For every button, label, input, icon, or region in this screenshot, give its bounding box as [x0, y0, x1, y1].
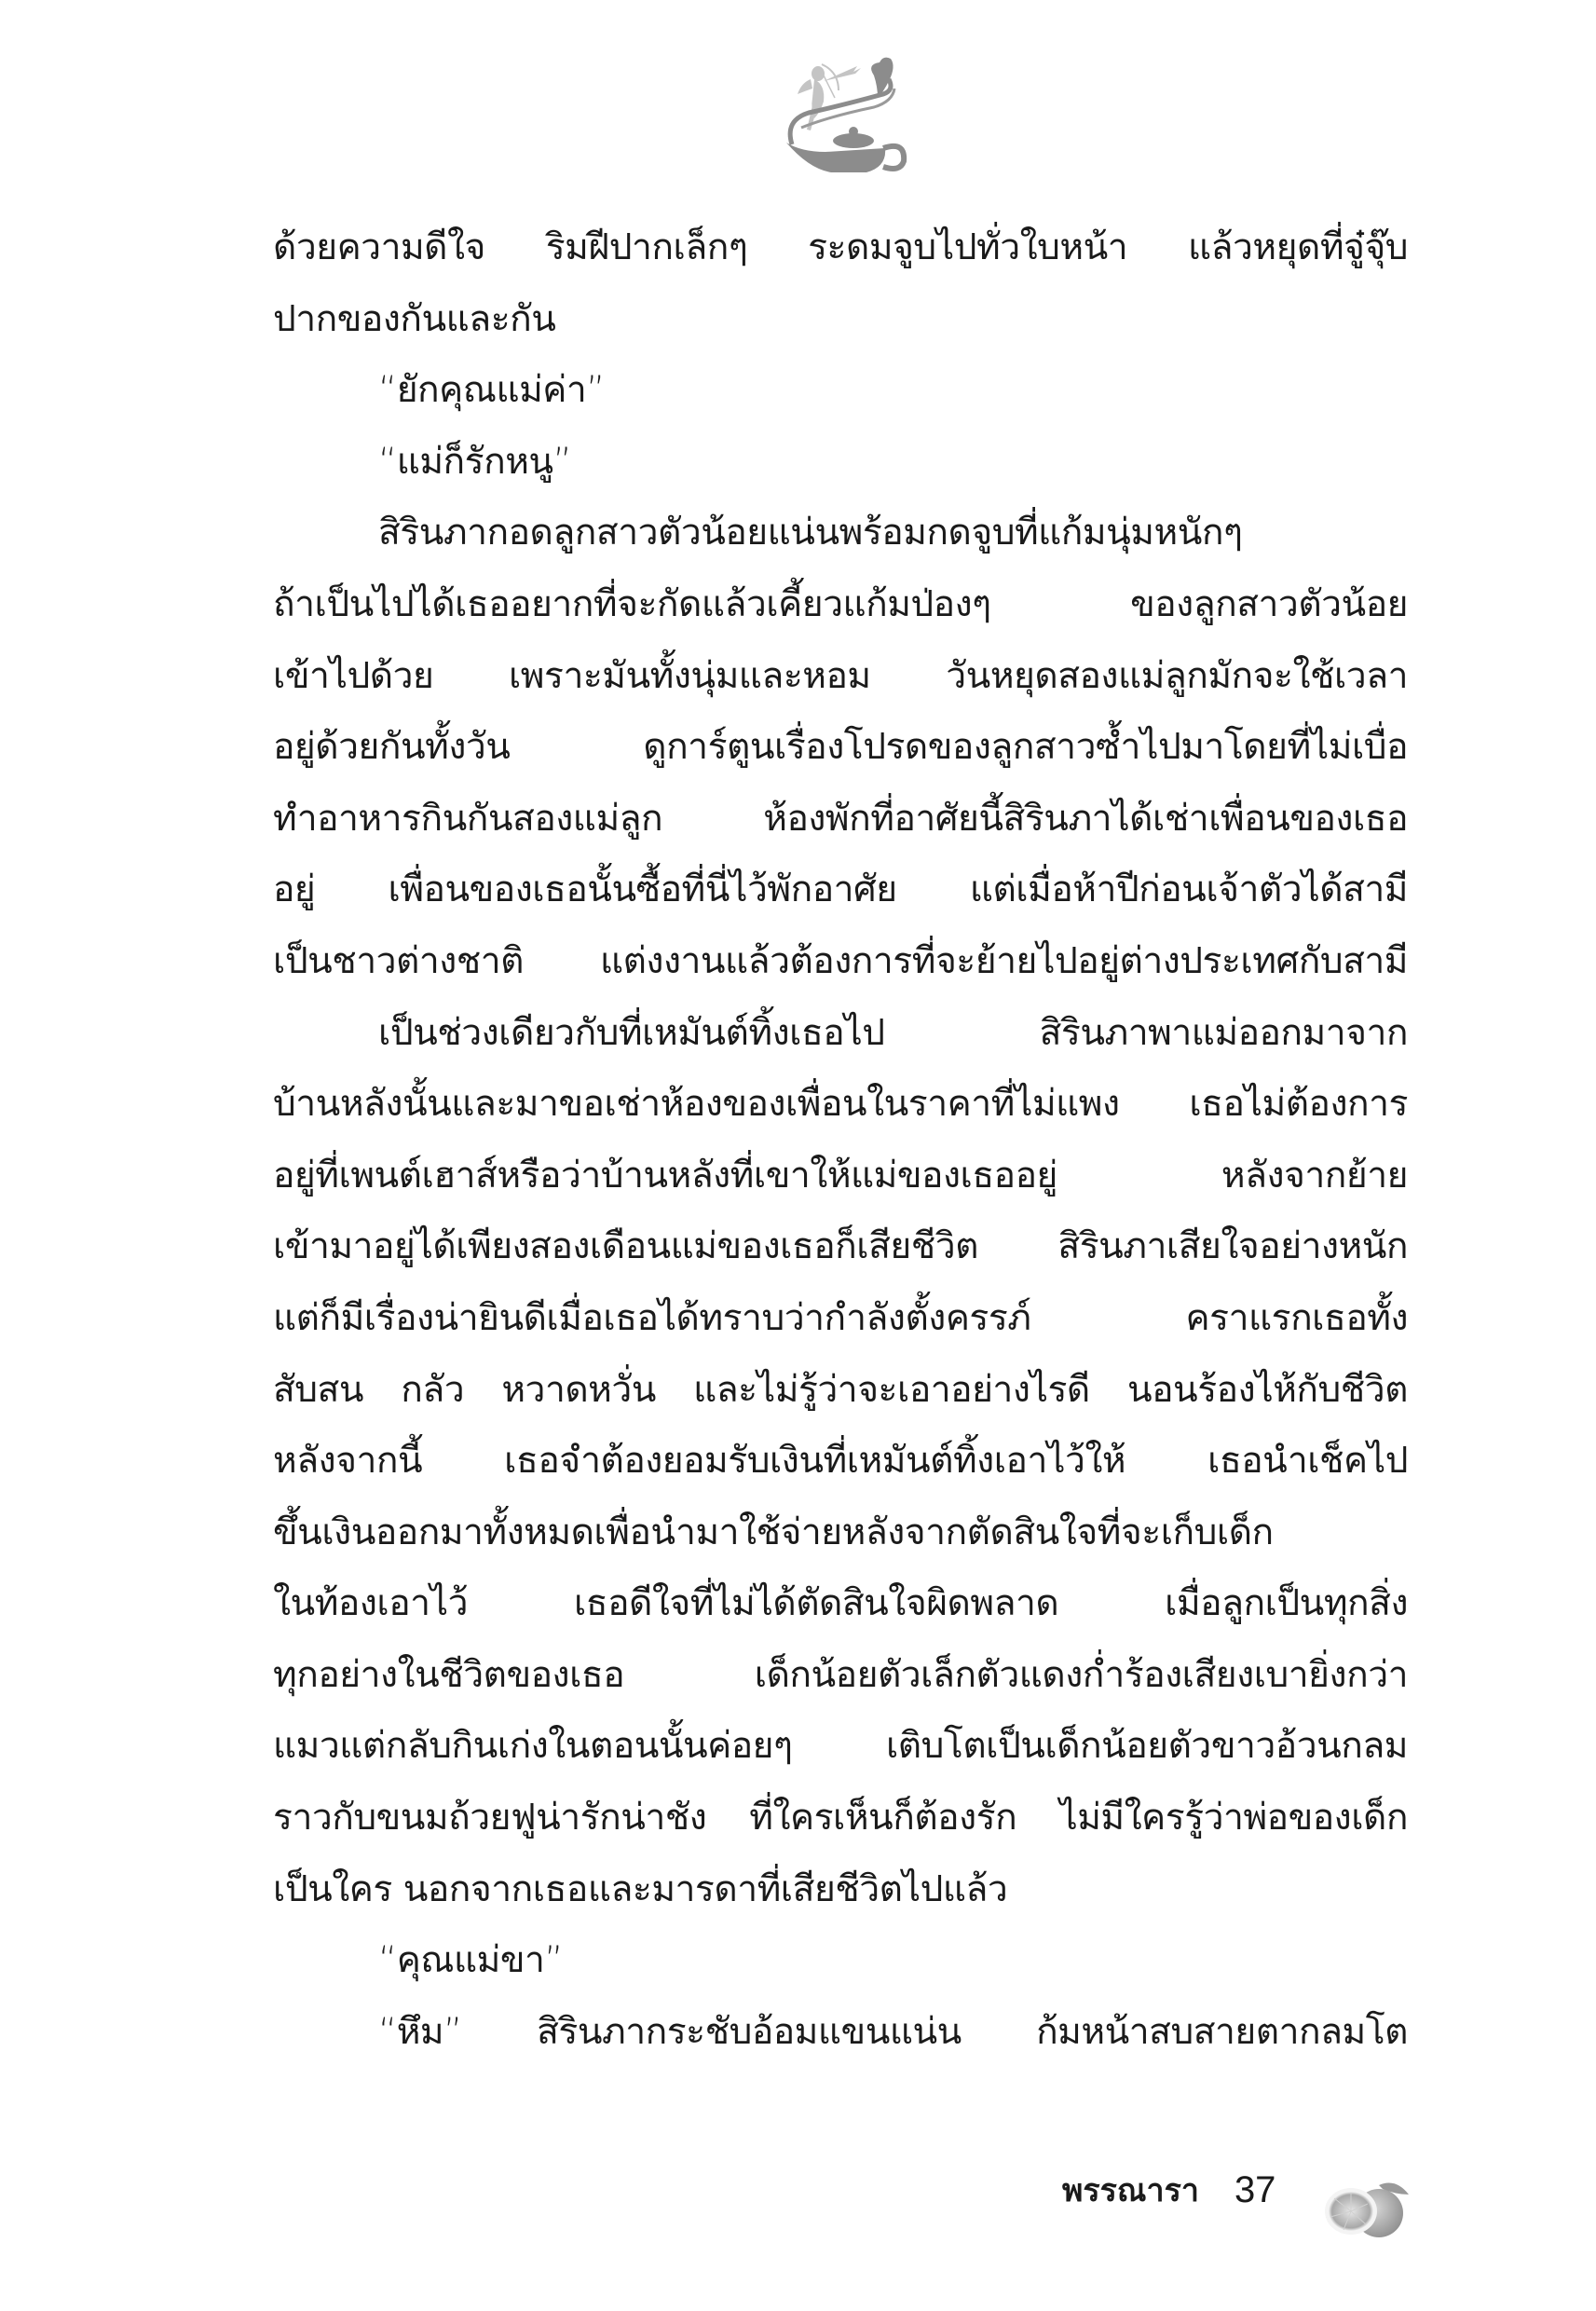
paragraph-start-line: เป็นช่วงเดียวกับที่เหมันต์ทิ้งเธอไป สิริ…	[273, 998, 1408, 1070]
text-line: เข้าไปด้วย เพราะมันทั้งนุ่มและหอม วันหยุ…	[273, 641, 1408, 713]
text-line: ราวกับขนมถ้วยฟูน่ารักน่าชัง ที่ใครเห็นก็…	[273, 1783, 1408, 1854]
text-line: แมวแต่กลับกินเก่งในตอนนั้นค่อยๆ เติบโตเป…	[273, 1711, 1408, 1783]
page-footer: พรรณารา 37	[1062, 2153, 1275, 2227]
genie-lamp-cupid-icon	[773, 51, 913, 172]
text-line: ถ้าเป็นไปได้เธออยากที่จะกัดแล้วเคี้ยวแก้…	[273, 569, 1408, 641]
story-text: ด้วยความดีใจ ริมฝีปากเล็กๆ ระดมจูบไปทั่ว…	[273, 212, 1408, 2068]
dialog-line: “คุณแม่ขา”	[273, 1925, 1408, 1997]
text-line: บ้านหลังนั้นและมาขอเช่าห้องของเพื่อนในรา…	[273, 1069, 1408, 1141]
text-line: อยู่ เพื่อนของเธอนั้นซื้อที่นี่ไว้พักอาศ…	[273, 855, 1408, 926]
text-line: เข้ามาอยู่ได้เพียงสองเดือนแม่ของเธอก็เสี…	[273, 1211, 1408, 1283]
dialog-line: “แม่ก็รักหนู”	[273, 427, 1408, 499]
text-line: แต่ก็มีเรื่องน่ายินดีเมื่อเธอได้ทราบว่าก…	[273, 1283, 1408, 1355]
text-line: ในท้องเอาไว้ เธอดีใจที่ไม่ได้ตัดสินใจผิด…	[273, 1568, 1408, 1640]
dialog-line: “ยักคุณแม่ค่า”	[273, 355, 1408, 427]
text-line: ขึ้นเงินออกมาทั้งหมดเพื่อนำมาใช้จ่ายหลัง…	[273, 1497, 1408, 1569]
orange-fruit-icon	[1321, 2176, 1414, 2241]
text-line: ปากของกันและกัน	[273, 284, 1408, 356]
text-line: อยู่ที่เพนต์เฮาส์หรือว่าบ้านหลังที่เขาให…	[273, 1141, 1408, 1212]
text-line: สับสน กลัว หวาดหวั่น และไม่รู้ว่าจะเอาอย…	[273, 1355, 1408, 1427]
book-page: ด้วยความดีใจ ริมฝีปากเล็กๆ ระดมจูบไปทั่ว…	[0, 0, 1596, 2311]
text-line: เป็นชาวต่างชาติ แต่งงานแล้วต้องการที่จะย…	[273, 926, 1408, 998]
text-line: ด้วยความดีใจ ริมฝีปากเล็กๆ ระดมจูบไปทั่ว…	[273, 212, 1408, 284]
text-line: ทุกอย่างในชีวิตของเธอ เด็กน้อยตัวเล็กตัว…	[273, 1640, 1408, 1712]
paragraph-start-line: สิรินภากอดลูกสาวตัวน้อยแน่นพร้อมกดจูบที่…	[273, 498, 1408, 569]
text-line: เป็นใคร นอกจากเธอและมารดาที่เสียชีวิตไปแ…	[273, 1854, 1408, 1926]
text-line: อยู่ด้วยกันทั้งวัน ดูการ์ตูนเรื่องโปรดขอ…	[273, 712, 1408, 784]
text-line: ทำอาหารกินกันสองแม่ลูก ห้องพักที่อาศัยนี…	[273, 784, 1408, 855]
text-line: หลังจากนี้ เธอจำต้องยอมรับเงินที่เหมันต์…	[273, 1426, 1408, 1497]
page-number: 37	[1235, 2169, 1276, 2211]
book-title: พรรณารา	[1062, 2165, 1199, 2215]
paragraph-start-line: “หึม” สิรินภากระชับอ้อมแขนแน่น ก้มหน้าสบ…	[273, 1997, 1408, 2069]
